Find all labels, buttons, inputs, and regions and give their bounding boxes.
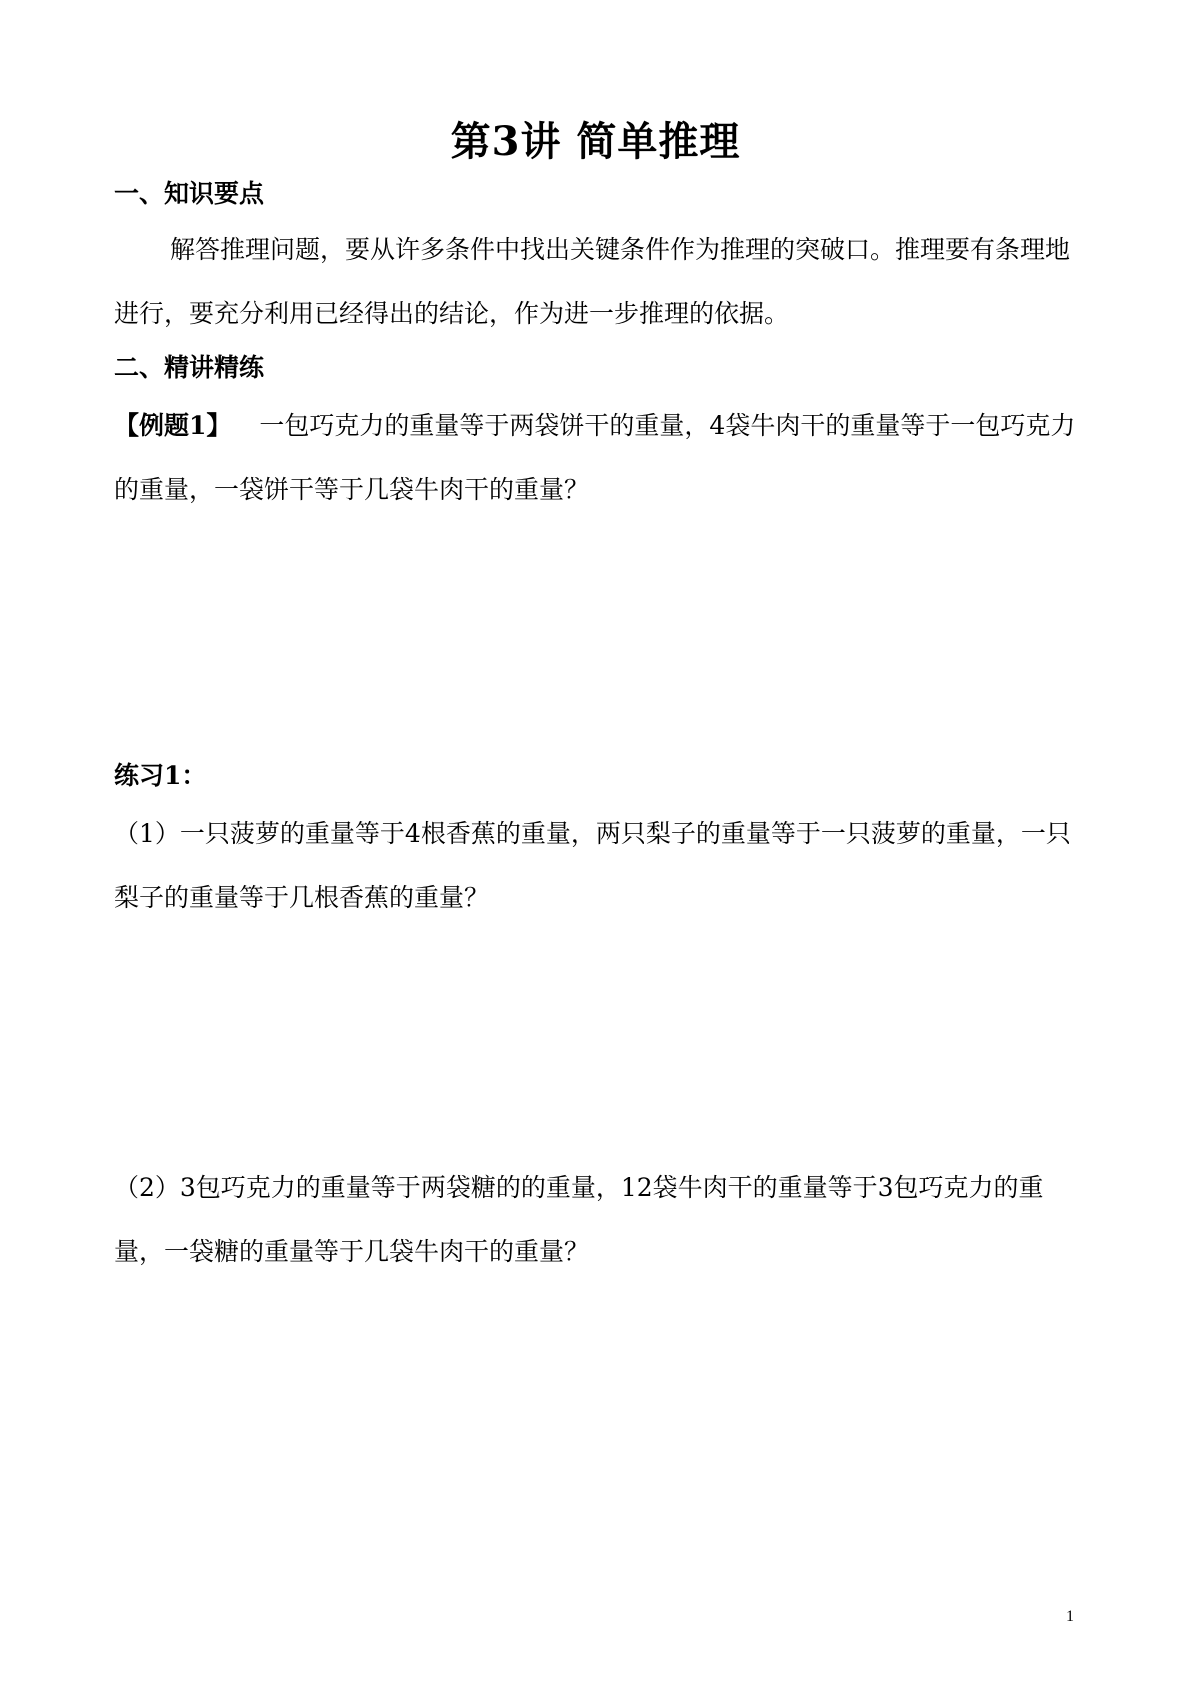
practice-1-item-1: （1）一只菠萝的重量等于4根香蕉的重量，两只梨子的重量等于一只菠萝的重量，一只梨… bbox=[114, 802, 1084, 930]
document-page: 第3讲 简单推理 一、知识要点 解答推理问题，要从许多条件中找出关键条件作为推理… bbox=[0, 0, 1191, 1684]
example-1-label: 【例题1】 bbox=[114, 411, 231, 440]
practice-1-item-2: （2）3包巧克力的重量等于两袋糖的的重量，12袋牛肉干的重量等于3包巧克力的重量… bbox=[114, 1156, 1084, 1284]
page-title: 第3讲 简单推理 bbox=[0, 112, 1191, 172]
example-1: 【例题1】一包巧克力的重量等于两袋饼干的重量，4袋牛肉干的重量等于一包巧克力的重… bbox=[114, 394, 1084, 522]
example-1-text: 一包巧克力的重量等于两袋饼干的重量，4袋牛肉干的重量等于一包巧克力的重量，一袋饼… bbox=[114, 411, 1075, 504]
knowledge-points-paragraph: 解答推理问题，要从许多条件中找出关键条件作为推理的突破口。推理要有条理地进行，要… bbox=[114, 218, 1084, 346]
page-number: 1 bbox=[1066, 1608, 1074, 1626]
section-heading-knowledge-points: 一、知识要点 bbox=[114, 174, 264, 214]
practice-1-heading: 练习1： bbox=[114, 756, 206, 796]
section-heading-practice: 二、精讲精练 bbox=[114, 348, 264, 388]
